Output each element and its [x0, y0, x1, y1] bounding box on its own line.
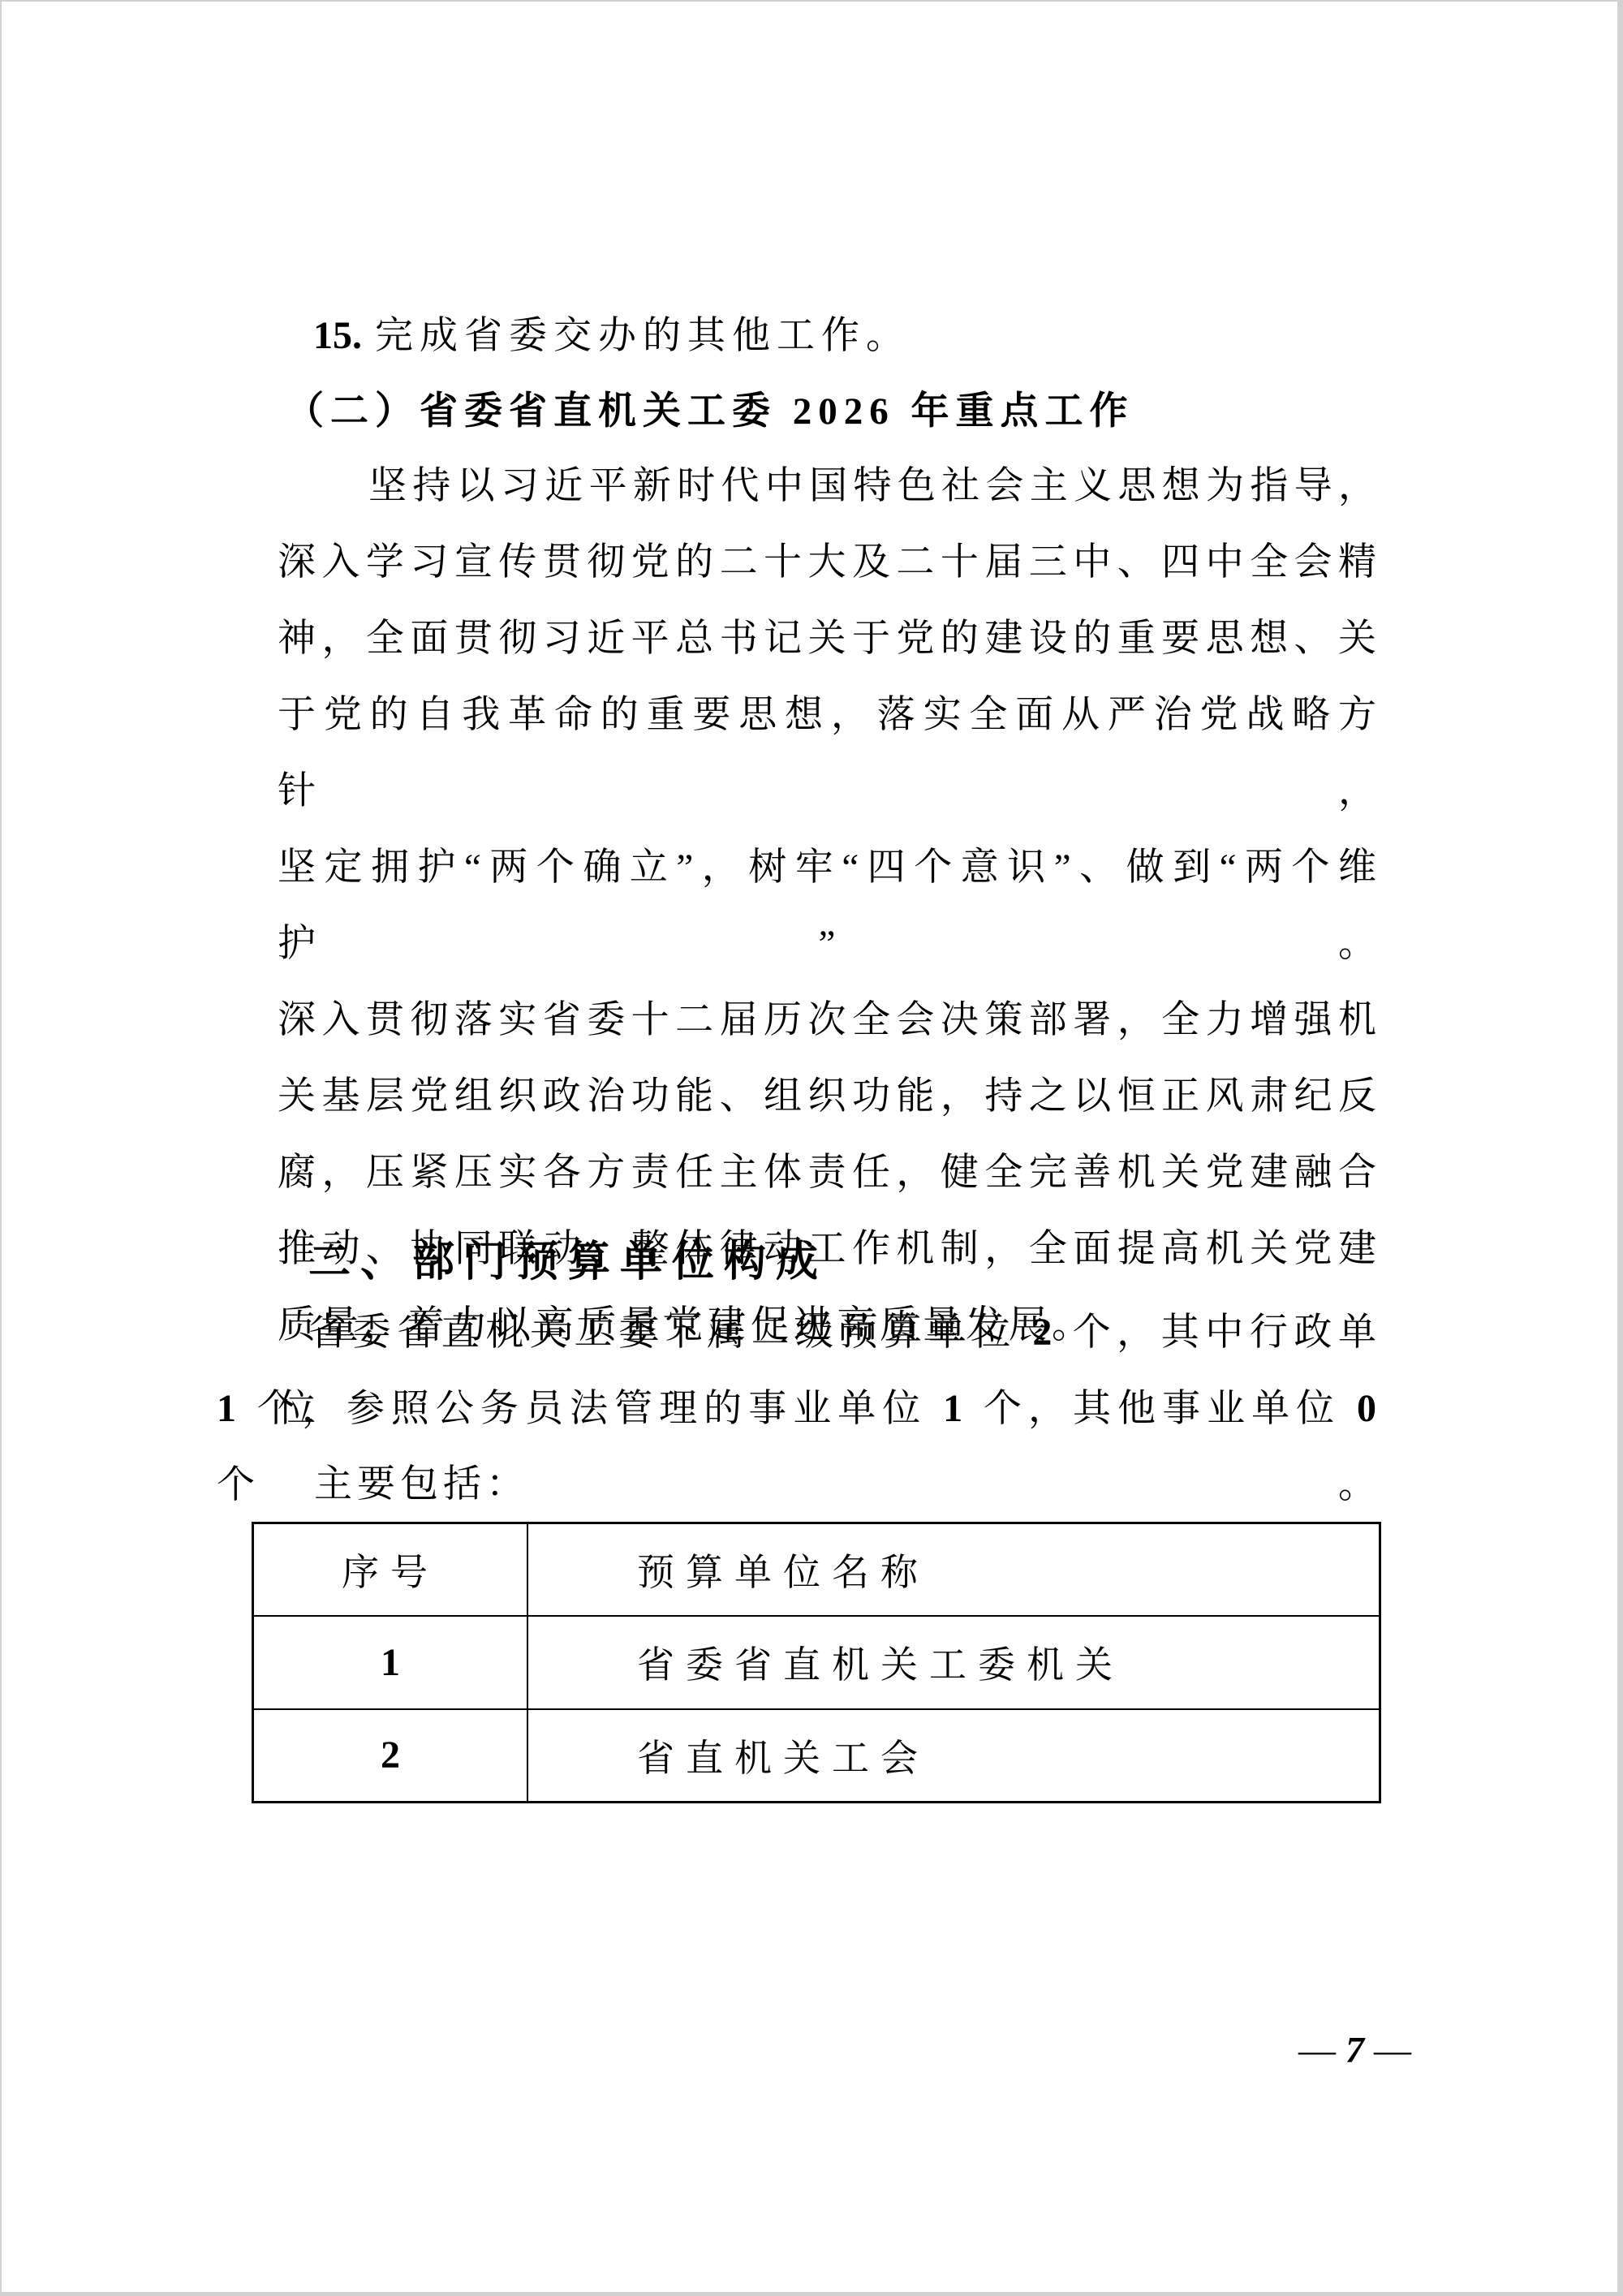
include-label: 主要包括： — [314, 1446, 529, 1523]
budget-unit-table: 序号 预算单位名称 1 省委省直机关工委机关 2 省直机关工会 — [252, 1522, 1381, 1803]
paragraph-line: 于党的自我革命的重要思想，落实全面从严治党战略方针， — [278, 677, 1381, 829]
row-2-index: 2 — [381, 1733, 400, 1777]
budget-units-text: 个，参照公务员法管理的事业单位 — [241, 1388, 943, 1430]
paragraph-line: 神，全面贯彻习近平总书记关于党的建设的重要思想、关 — [278, 601, 1381, 677]
civil-service-units-count: 1 — [943, 1387, 967, 1430]
subsection-heading-prefix: （二）省委省直机关工委 — [286, 390, 793, 433]
other-units-count: 0 — [1357, 1387, 1381, 1430]
paragraph-line: 深入贯彻落实省委十二届历次全会决策部署，全力增强机 — [278, 982, 1381, 1058]
item-15-line: 15.完成省委交办的其他工作。 — [313, 298, 911, 374]
paragraph-line: 关基层党组织政治功能、组织功能，持之以恒正风肃纪反 — [278, 1058, 1381, 1135]
cell-name: 省直机关工会 — [528, 1710, 1379, 1801]
paragraph-line: 坚持以习近平新时代中国特色社会主义思想为指导， — [278, 448, 1381, 524]
budget-units-text: 省委省直机关工委下属二级预算单位 — [308, 1312, 1032, 1354]
header-cell-index: 序号 — [254, 1524, 528, 1615]
footer-page-number: 7 — [1345, 2029, 1364, 2070]
subsection-heading: （二）省委省直机关工委 2026 年重点工作 — [286, 373, 1134, 450]
document-page: 15.完成省委交办的其他工作。 （二）省委省直机关工委 2026 年重点工作 坚… — [2, 2, 1617, 2292]
paragraph-line: 坚定拥护“两个确立”，树牢“四个意识”、做到“两个维护”。 — [278, 829, 1381, 982]
section-heading: 二、部门预算单位构成 — [308, 1224, 828, 1300]
footer-dash-right: — — [1374, 2029, 1411, 2070]
cell-index: 2 — [254, 1710, 528, 1801]
admin-units-count: 1 — [217, 1387, 241, 1430]
table-row: 1 省委省直机关工委机关 — [254, 1617, 1379, 1709]
paragraph-line: 深入学习宣传贯彻党的二十大及二十届三中、四中全会精 — [278, 524, 1381, 601]
table-header-row: 序号 预算单位名称 — [254, 1524, 1379, 1617]
item-15-number: 15. — [313, 314, 362, 357]
row-2-name: 省直机关工会 — [637, 1729, 929, 1782]
budget-units-count-total: 2 — [1032, 1311, 1057, 1354]
header-index-label: 序号 — [342, 1543, 439, 1596]
item-15-text: 完成省委交办的其他工作。 — [375, 315, 911, 357]
cell-name: 省委省直机关工委机关 — [528, 1617, 1379, 1708]
document-canvas: { "colors": { "canvas_bg": "#d2d2d2", "p… — [0, 0, 1623, 2296]
footer-dash-left: — — [1298, 2029, 1336, 2070]
cell-index: 1 — [254, 1617, 528, 1708]
row-1-name: 省委省直机关工委机关 — [637, 1635, 1124, 1689]
paragraph-line: 腐，压紧压实各方责任主体责任，健全完善机关党建融合 — [278, 1135, 1381, 1211]
table-row: 2 省直机关工会 — [254, 1710, 1379, 1801]
subsection-heading-suffix: 年重点工作 — [895, 390, 1134, 433]
row-1-index: 1 — [381, 1640, 400, 1685]
budget-units-text: 个，其他事业单位 — [967, 1388, 1357, 1430]
header-cell-name: 预算单位名称 — [528, 1524, 1379, 1615]
page-number-footer: —7— — [1298, 2026, 1411, 2074]
subsection-heading-year: 2026 — [793, 390, 895, 433]
header-name-label: 预算单位名称 — [637, 1543, 929, 1596]
